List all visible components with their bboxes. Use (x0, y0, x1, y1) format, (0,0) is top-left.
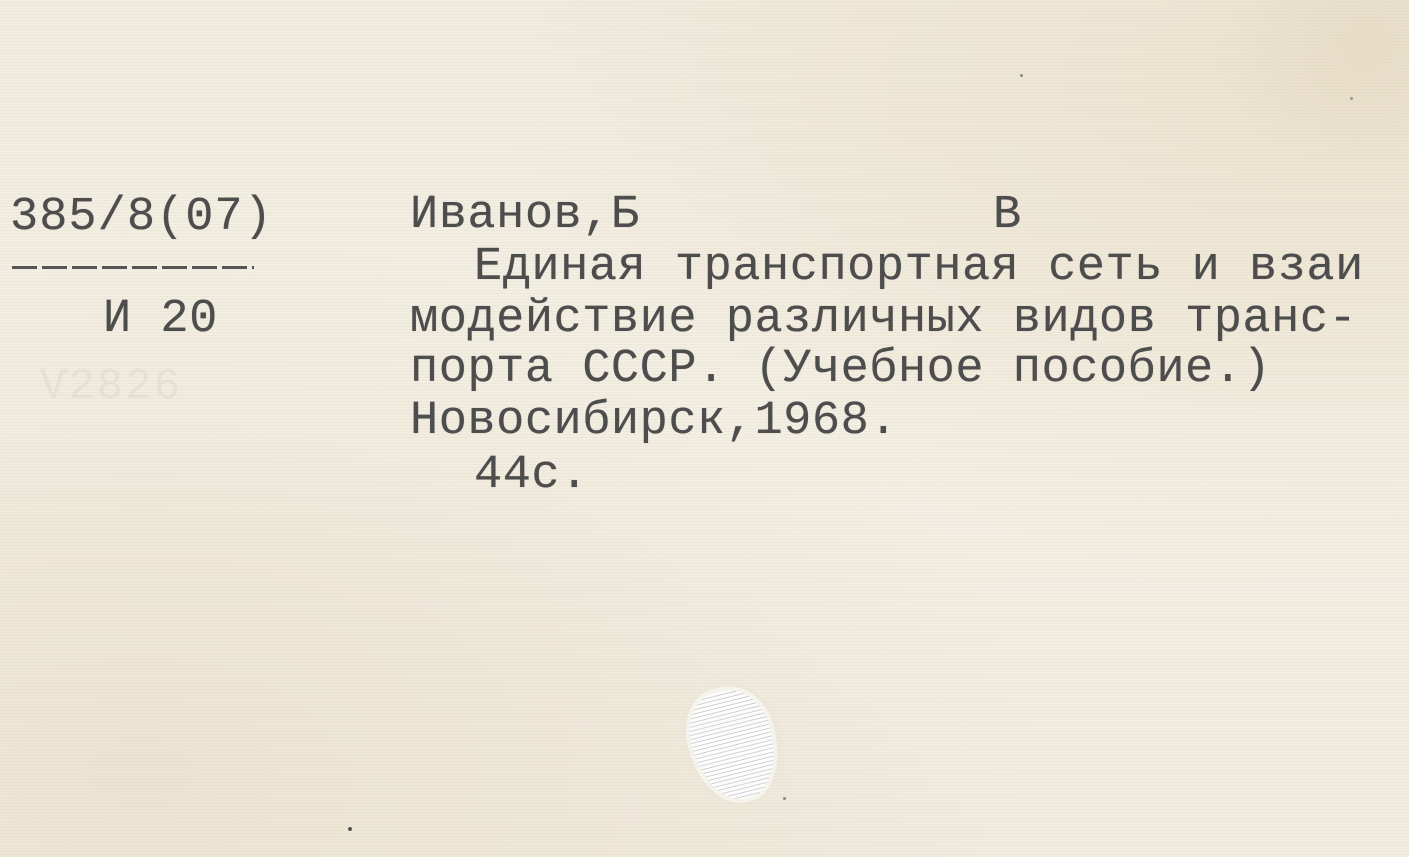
call-number-divider (12, 266, 254, 269)
author-name: Иванов,Б (410, 192, 640, 239)
author-mark: И 20 (103, 296, 218, 343)
catalog-card: Ѵ2826 385/8(07) И 20 Иванов,Б В Единая т… (0, 0, 1409, 857)
paper-speck (348, 827, 352, 831)
paper-speck (1350, 97, 1353, 100)
paper-speck (783, 797, 786, 800)
paper-speck (1020, 74, 1023, 77)
title-line-1: Единая транспортная сеть и взаи (474, 244, 1364, 291)
classification-number: 385/8(07) (10, 194, 273, 241)
faded-ghost-text: Ѵ2826 (40, 362, 182, 412)
pagination: 44с. (474, 452, 589, 499)
punch-hole (681, 682, 785, 808)
paper-stain (1209, 0, 1409, 180)
title-line-3: порта СССР. (Учебное пособие.) (410, 346, 1271, 393)
title-line-2: модействие различных видов транс- (410, 296, 1357, 343)
imprint: Новосибирск,1968. (410, 398, 898, 445)
author-second-initial: В (993, 192, 1022, 239)
